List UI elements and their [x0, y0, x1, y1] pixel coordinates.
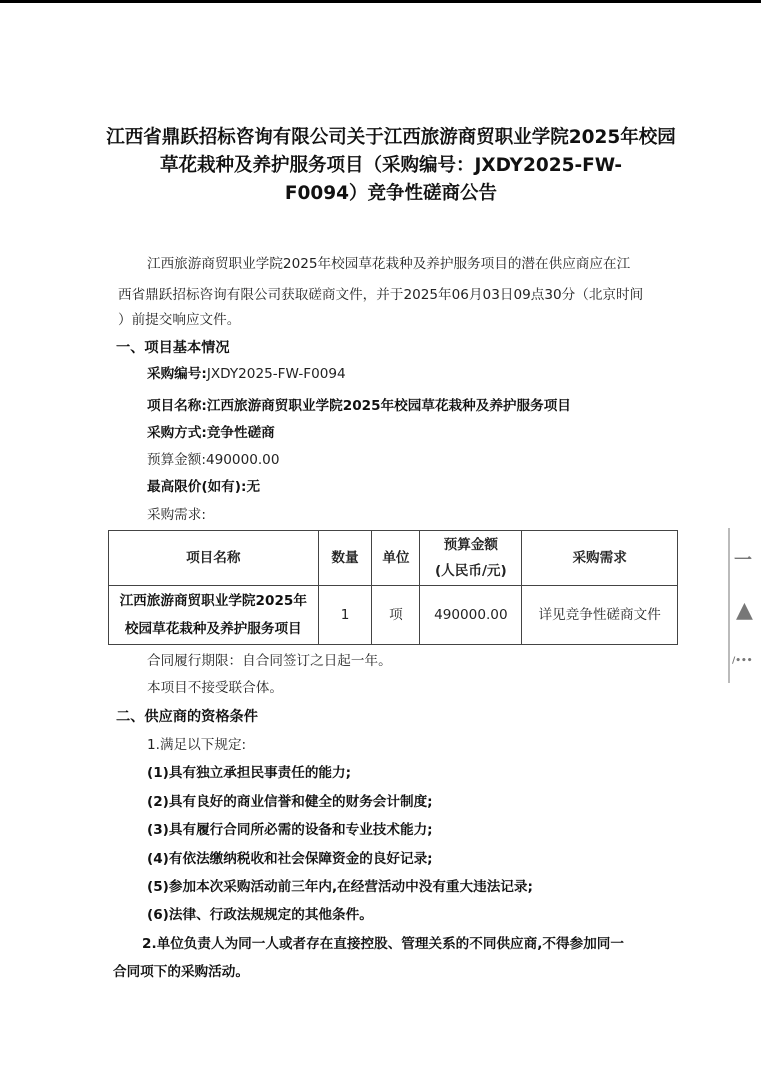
- field-label: 预算金额:: [147, 452, 206, 468]
- condition-5: (5)参加本次采购活动前三年内,在经营活动中没有重大违法记录;: [147, 877, 533, 897]
- page-title: 江西省鼎跃招标咨询有限公司关于江西旅游商贸职业学院2025年校园 草花栽种及养护…: [100, 124, 682, 208]
- section-2-heading: 二、供应商的资格条件: [116, 706, 258, 726]
- cell-unit: 项: [372, 586, 420, 645]
- header-quantity: 数量: [318, 531, 372, 586]
- title-line-2: 草花栽种及养护服务项目（采购编号：JXDY2025-FW-: [100, 152, 682, 180]
- qualification-item-1: 1.满足以下规定:: [147, 735, 246, 755]
- cell-project-name: 江西旅游商贸职业学院2025年 校园草花栽种及养护服务项目: [109, 586, 319, 645]
- header-unit: 单位: [372, 531, 420, 586]
- field-label: 最高限价(如有):: [147, 479, 246, 495]
- intro-line-3: ）前提交响应文件。: [118, 310, 240, 330]
- field-procurement-number: 采购编号:JXDY2025-FW-F0094: [147, 364, 346, 384]
- field-label: 项目名称:: [147, 398, 207, 414]
- header-requirement: 采购需求: [522, 531, 678, 586]
- field-label: 采购编号:: [147, 366, 207, 382]
- cell-budget: 490000.00: [420, 586, 522, 645]
- qualification-item-2-line-2: 合同项下的采购活动。: [113, 962, 249, 982]
- condition-1: (1)具有独立承担民事责任的能力;: [147, 763, 351, 783]
- table-row: 江西旅游商贸职业学院2025年 校园草花栽种及养护服务项目 1 项 490000…: [109, 586, 678, 645]
- field-procurement-method: 采购方式:竞争性磋商: [147, 423, 275, 443]
- condition-4: (4)有依法缴纳税收和社会保障资金的良好记录;: [147, 849, 433, 869]
- requirements-table: 项目名称 数量 单位 预算金额 (人民币/元) 采购需求 江西旅游商贸职业学院2…: [108, 530, 678, 645]
- header-budget: 预算金额 (人民币/元): [420, 531, 522, 586]
- top-border: [0, 0, 761, 3]
- table-header-row: 项目名称 数量 单位 预算金额 (人民币/元) 采购需求: [109, 531, 678, 586]
- field-label: 采购方式:: [147, 425, 207, 441]
- requirements-label: 采购需求:: [147, 505, 206, 525]
- section-1-heading: 一、项目基本情况: [116, 337, 230, 357]
- title-line-3: F0094）竞争性磋商公告: [100, 180, 682, 208]
- field-value: 无: [246, 479, 260, 495]
- stamp-glyph: ▲: [736, 598, 753, 623]
- field-value: JXDY2025-FW-F0094: [207, 366, 346, 382]
- field-project-name: 项目名称:江西旅游商贸职业学院2025年校园草花栽种及养护服务项目: [147, 396, 571, 416]
- intro-line-2: 西省鼎跃招标咨询有限公司获取磋商文件，并于2025年06月03日09点30分（北…: [118, 285, 643, 305]
- field-value: 竞争性磋商: [207, 425, 275, 441]
- cell-requirement: 详见竞争性磋商文件: [522, 586, 678, 645]
- stamp-glyph: /•••: [732, 656, 753, 666]
- title-line-1: 江西省鼎跃招标咨询有限公司关于江西旅游商贸职业学院2025年校园: [100, 124, 682, 152]
- header-project-name: 项目名称: [109, 531, 319, 586]
- field-budget: 预算金额:490000.00: [147, 450, 279, 470]
- condition-6: (6)法律、行政法规规定的其他条件。: [147, 905, 373, 925]
- condition-3: (3)具有履行合同所必需的设备和专业技术能力;: [147, 820, 433, 840]
- field-value: 490000.00: [206, 452, 280, 468]
- stamp-glyph: ⼀: [734, 546, 752, 572]
- qualification-item-2-line-1: 2.单位负责人为同一人或者存在直接控股、管理关系的不同供应商,不得参加同一: [142, 934, 624, 954]
- contract-period: 合同履行期限：自合同签订之日起一年。: [147, 651, 392, 671]
- cell-quantity: 1: [318, 586, 372, 645]
- seal-stamp-fragment: ⼀ ▲ /•••: [728, 528, 760, 683]
- field-value: 江西旅游商贸职业学院2025年校园草花栽种及养护服务项目: [207, 398, 571, 414]
- condition-2: (2)具有良好的商业信誉和健全的财务会计制度;: [147, 792, 433, 812]
- field-max-price: 最高限价(如有):无: [147, 477, 260, 497]
- intro-line-1: 江西旅游商贸职业学院2025年校园草花栽种及养护服务项目的潜在供应商应在江: [147, 254, 630, 274]
- consortium-note: 本项目不接受联合体。: [147, 678, 283, 698]
